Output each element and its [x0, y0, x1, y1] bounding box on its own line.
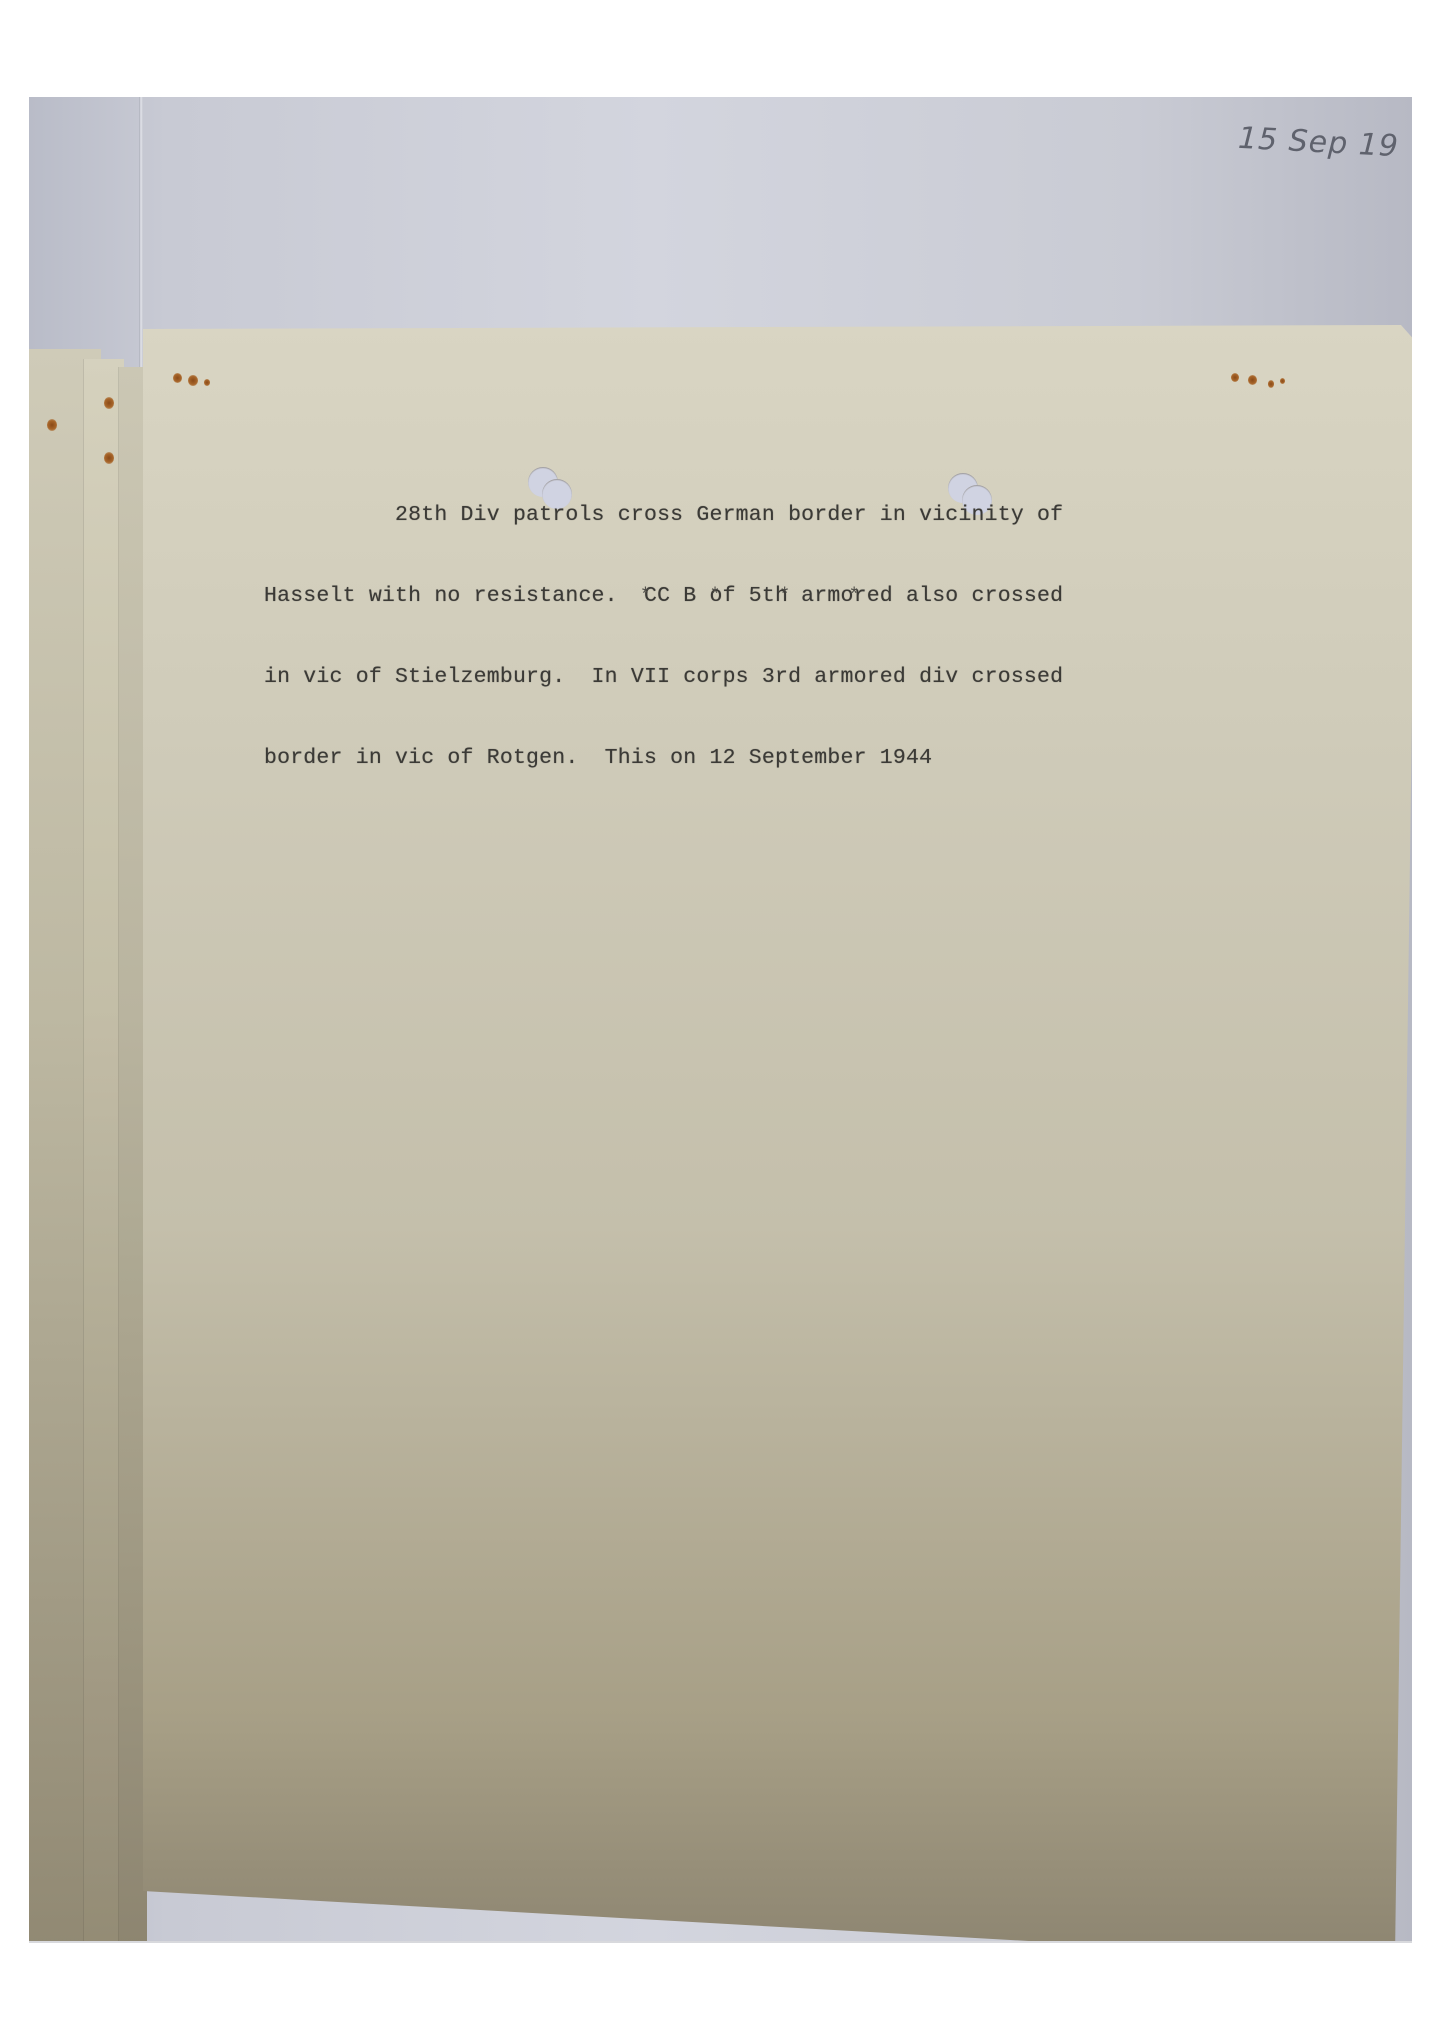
photo-bottom-edge [29, 1941, 1412, 1943]
typed-line: in vic of Stielzemburg. In VII corps 3rd… [264, 664, 1204, 691]
typed-line: border in vic of Rotgen. This on 12 Sept… [264, 745, 1204, 772]
rust-mark [1268, 380, 1274, 388]
rust-mark [1280, 378, 1285, 384]
rust-mark [1248, 375, 1257, 385]
archival-photo [29, 97, 1412, 1941]
section-separator: * * * * [640, 586, 860, 606]
rust-mark [188, 375, 198, 386]
back-sheet [119, 367, 147, 1941]
page-margin [1412, 97, 1440, 1947]
rust-mark [204, 379, 210, 386]
rust-mark [173, 373, 182, 383]
typed-paragraph: 28th Div patrols cross German border in … [264, 448, 1204, 799]
typed-line: 28th Div patrols cross German border in … [264, 502, 1204, 529]
rust-mark [1231, 373, 1239, 382]
rust-mark [104, 397, 114, 409]
rust-mark [104, 452, 114, 464]
rust-mark [47, 419, 57, 431]
back-sheet [84, 359, 124, 1941]
